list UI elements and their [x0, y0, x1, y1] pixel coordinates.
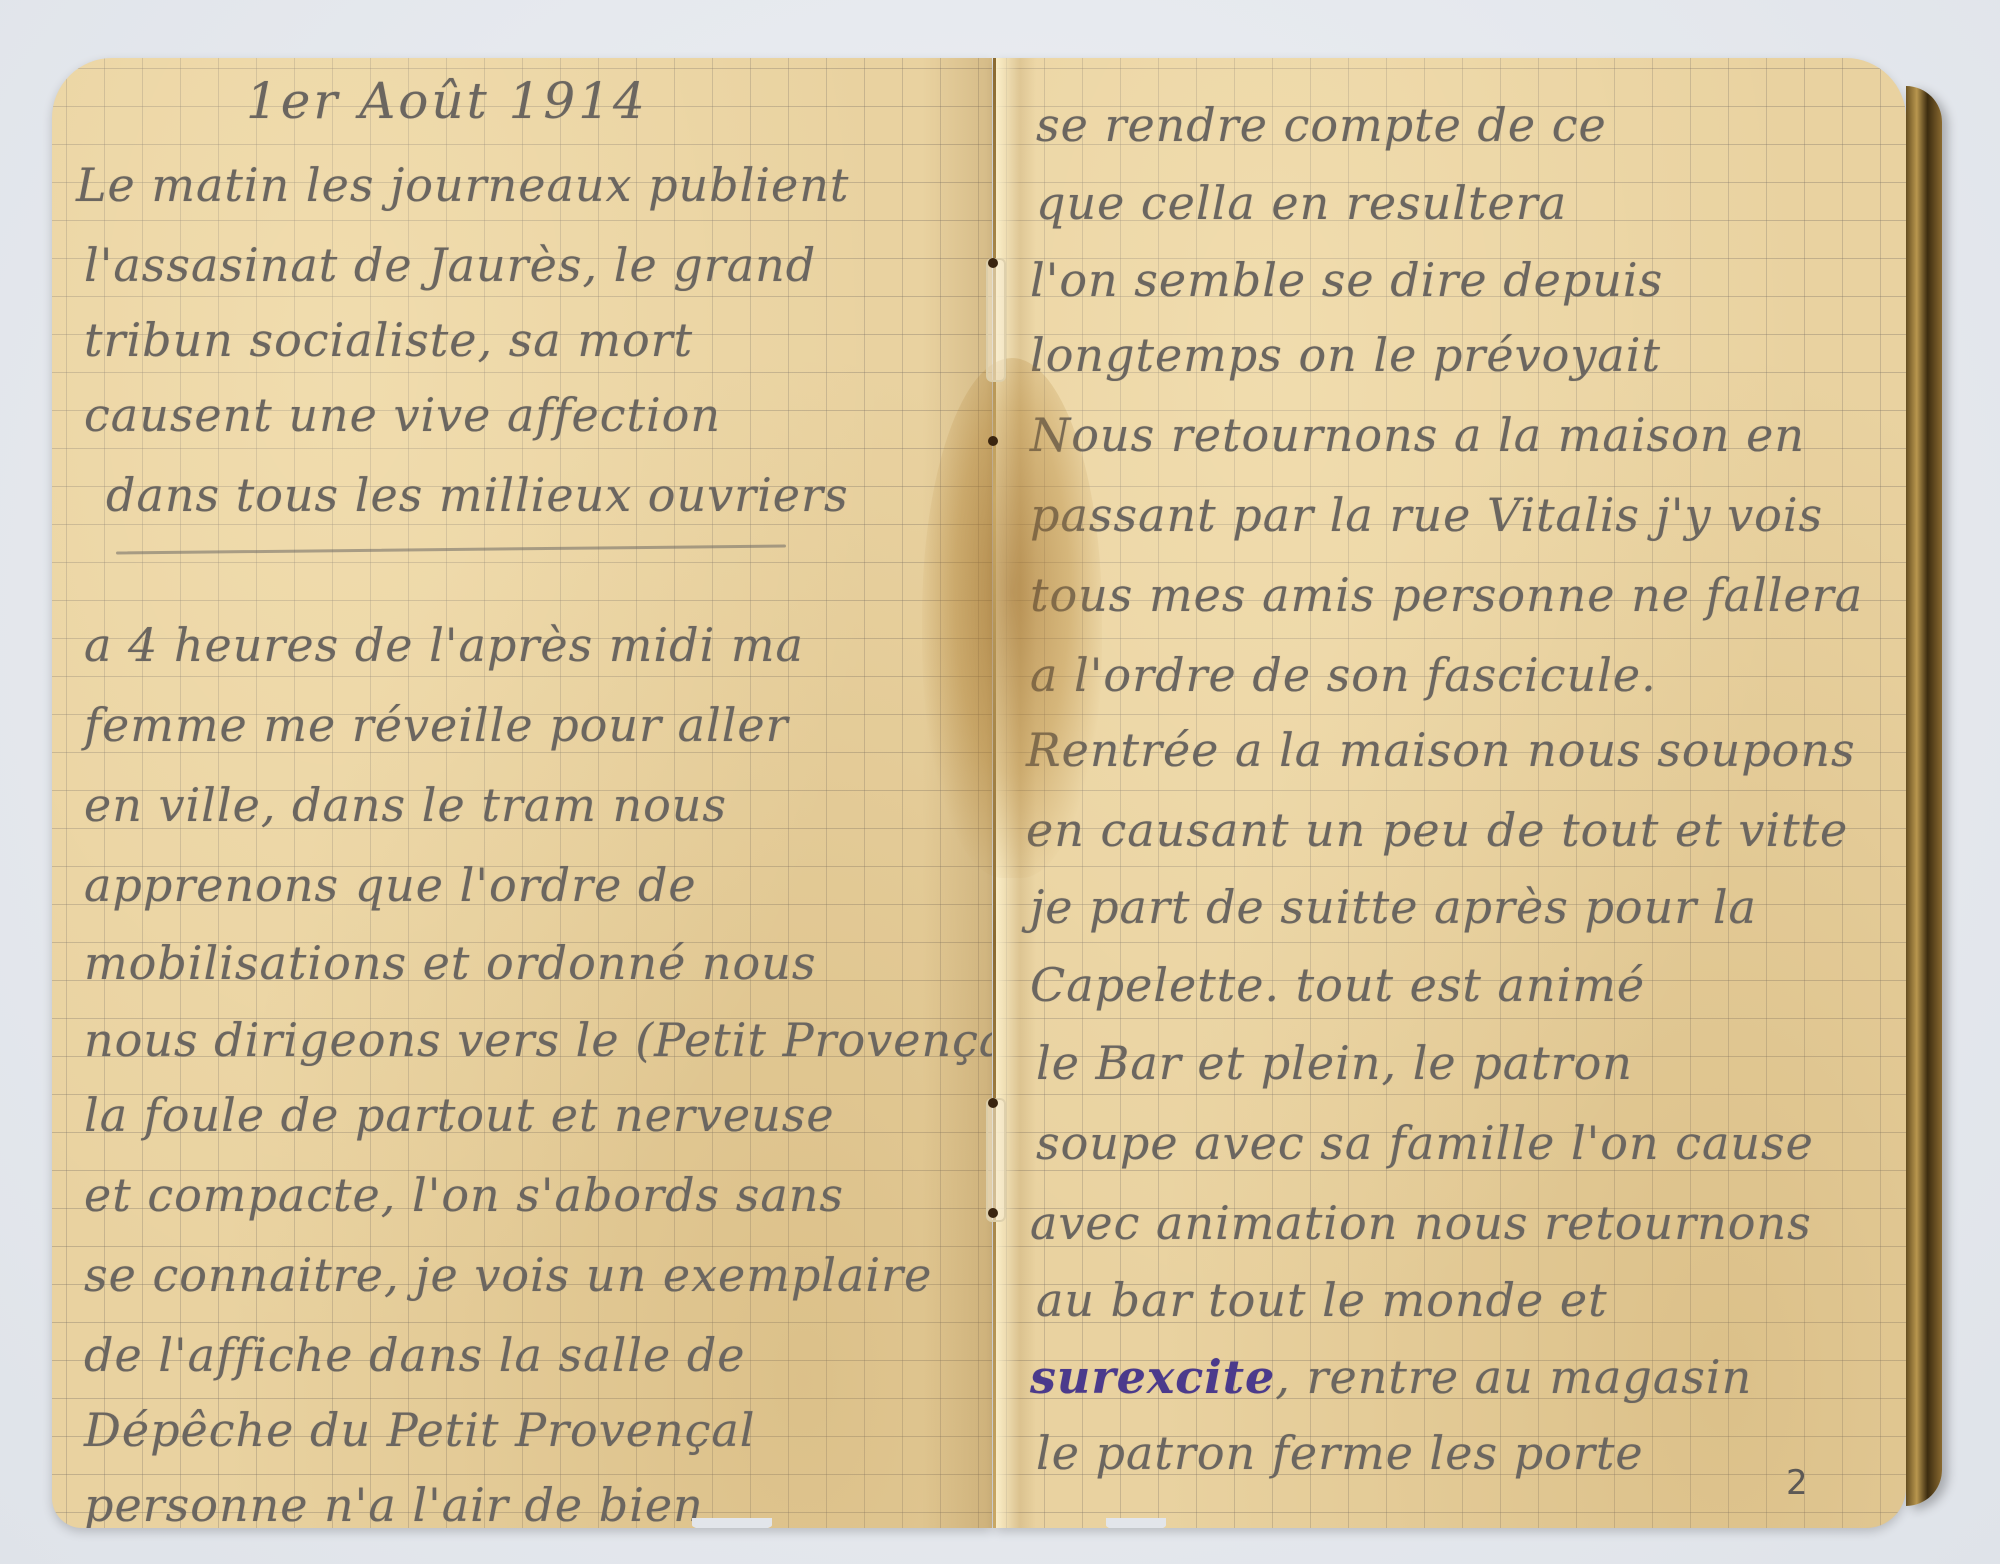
- handwritten-line: longtemps on le prévoyait: [1030, 328, 1661, 382]
- handwritten-line: en causant un peu de tout et vitte: [1026, 803, 1848, 857]
- handwritten-line: personne n'a l'air de bien: [84, 1478, 704, 1528]
- staple-hole: [988, 258, 998, 268]
- handwritten-line-mixed-ink: surexcite, rentre au magasin: [1030, 1350, 1752, 1404]
- section-divider: [116, 544, 786, 554]
- handwritten-line: l'assasinat de Jaurès, le grand: [84, 238, 816, 292]
- handwritten-line: que cella en resultera: [1036, 176, 1567, 230]
- handwritten-line: au bar tout le monde et: [1036, 1273, 1608, 1327]
- right-page-text: se rendre compte de ce que cella en resu…: [1026, 58, 1886, 1528]
- handwritten-line: de l'affiche dans la salle de: [84, 1328, 746, 1382]
- handwritten-line: se rendre compte de ce: [1036, 98, 1607, 152]
- handwritten-line: je part de suitte après pour la: [1030, 880, 1757, 934]
- right-page: se rendre compte de ce que cella en resu…: [996, 58, 1906, 1528]
- handwritten-line: avec animation nous retournons: [1030, 1196, 1812, 1250]
- handwritten-line: femme me réveille pour aller: [84, 698, 789, 752]
- handwritten-line: a l'ordre de son fascicule.: [1030, 648, 1657, 702]
- handwritten-line: en ville, dans le tram nous: [84, 778, 727, 832]
- handwritten-line: l'on semble se dire depuis: [1030, 253, 1663, 307]
- purple-ink-word: surexcite: [1030, 1350, 1275, 1404]
- handwritten-line: se connaitre, je vois un exemplaire: [84, 1248, 932, 1302]
- staple-bottom: [986, 1098, 1006, 1222]
- handwritten-line: dans tous les millieux ouvriers: [106, 468, 849, 522]
- torn-edge: [692, 1518, 772, 1528]
- handwritten-line: passant par la rue Vitalis j'y vois: [1030, 488, 1823, 542]
- handwritten-line: Nous retournons a la maison en: [1030, 408, 1805, 462]
- handwritten-line: Rentrée a la maison nous soupons: [1026, 723, 1856, 777]
- staple-hole: [988, 1098, 998, 1108]
- handwritten-line: et compacte, l'on s'abords sans: [84, 1168, 844, 1222]
- handwritten-line: apprenons que l'ordre de: [84, 858, 697, 912]
- diary-date-heading: 1er Août 1914: [246, 72, 648, 130]
- handwritten-line: tous mes amis personne ne fallera: [1030, 568, 1863, 622]
- staple-hole: [988, 1208, 998, 1218]
- torn-edge: [1106, 1518, 1166, 1528]
- left-page-text: 1er Août 1914 Le matin les journeaux pub…: [76, 58, 976, 1528]
- page-number: 2: [1786, 1463, 1808, 1503]
- page-edges: [1906, 86, 1942, 1506]
- handwritten-line: mobilisations et ordonné nous: [84, 936, 816, 990]
- pencil-text: , rentre au magasin: [1275, 1350, 1752, 1404]
- handwritten-line: Dépêche du Petit Provençal: [84, 1403, 755, 1457]
- handwritten-line: a 4 heures de l'après midi ma: [84, 618, 804, 672]
- handwritten-line: Le matin les journeaux publient: [76, 158, 849, 212]
- staple-top: [986, 258, 1006, 382]
- handwritten-line: le patron ferme les porte: [1036, 1426, 1644, 1480]
- handwritten-line: la foule de partout et nerveuse: [84, 1088, 835, 1142]
- handwritten-line: causent une vive affection: [84, 388, 721, 442]
- left-page: 1er Août 1914 Le matin les journeaux pub…: [52, 58, 992, 1528]
- handwritten-line: tribun socialiste, sa mort: [84, 313, 693, 367]
- handwritten-line: Capelette. tout est animé: [1030, 958, 1645, 1012]
- handwritten-line: le Bar et plein, le patron: [1036, 1036, 1633, 1090]
- open-notebook: 1er Août 1914 Le matin les journeaux pub…: [52, 58, 1942, 1528]
- rust-spot: [988, 436, 998, 446]
- handwritten-line: soupe avec sa famille l'on cause: [1036, 1116, 1814, 1170]
- handwritten-line: nous dirigeons vers le (Petit Provençal): [84, 1013, 992, 1067]
